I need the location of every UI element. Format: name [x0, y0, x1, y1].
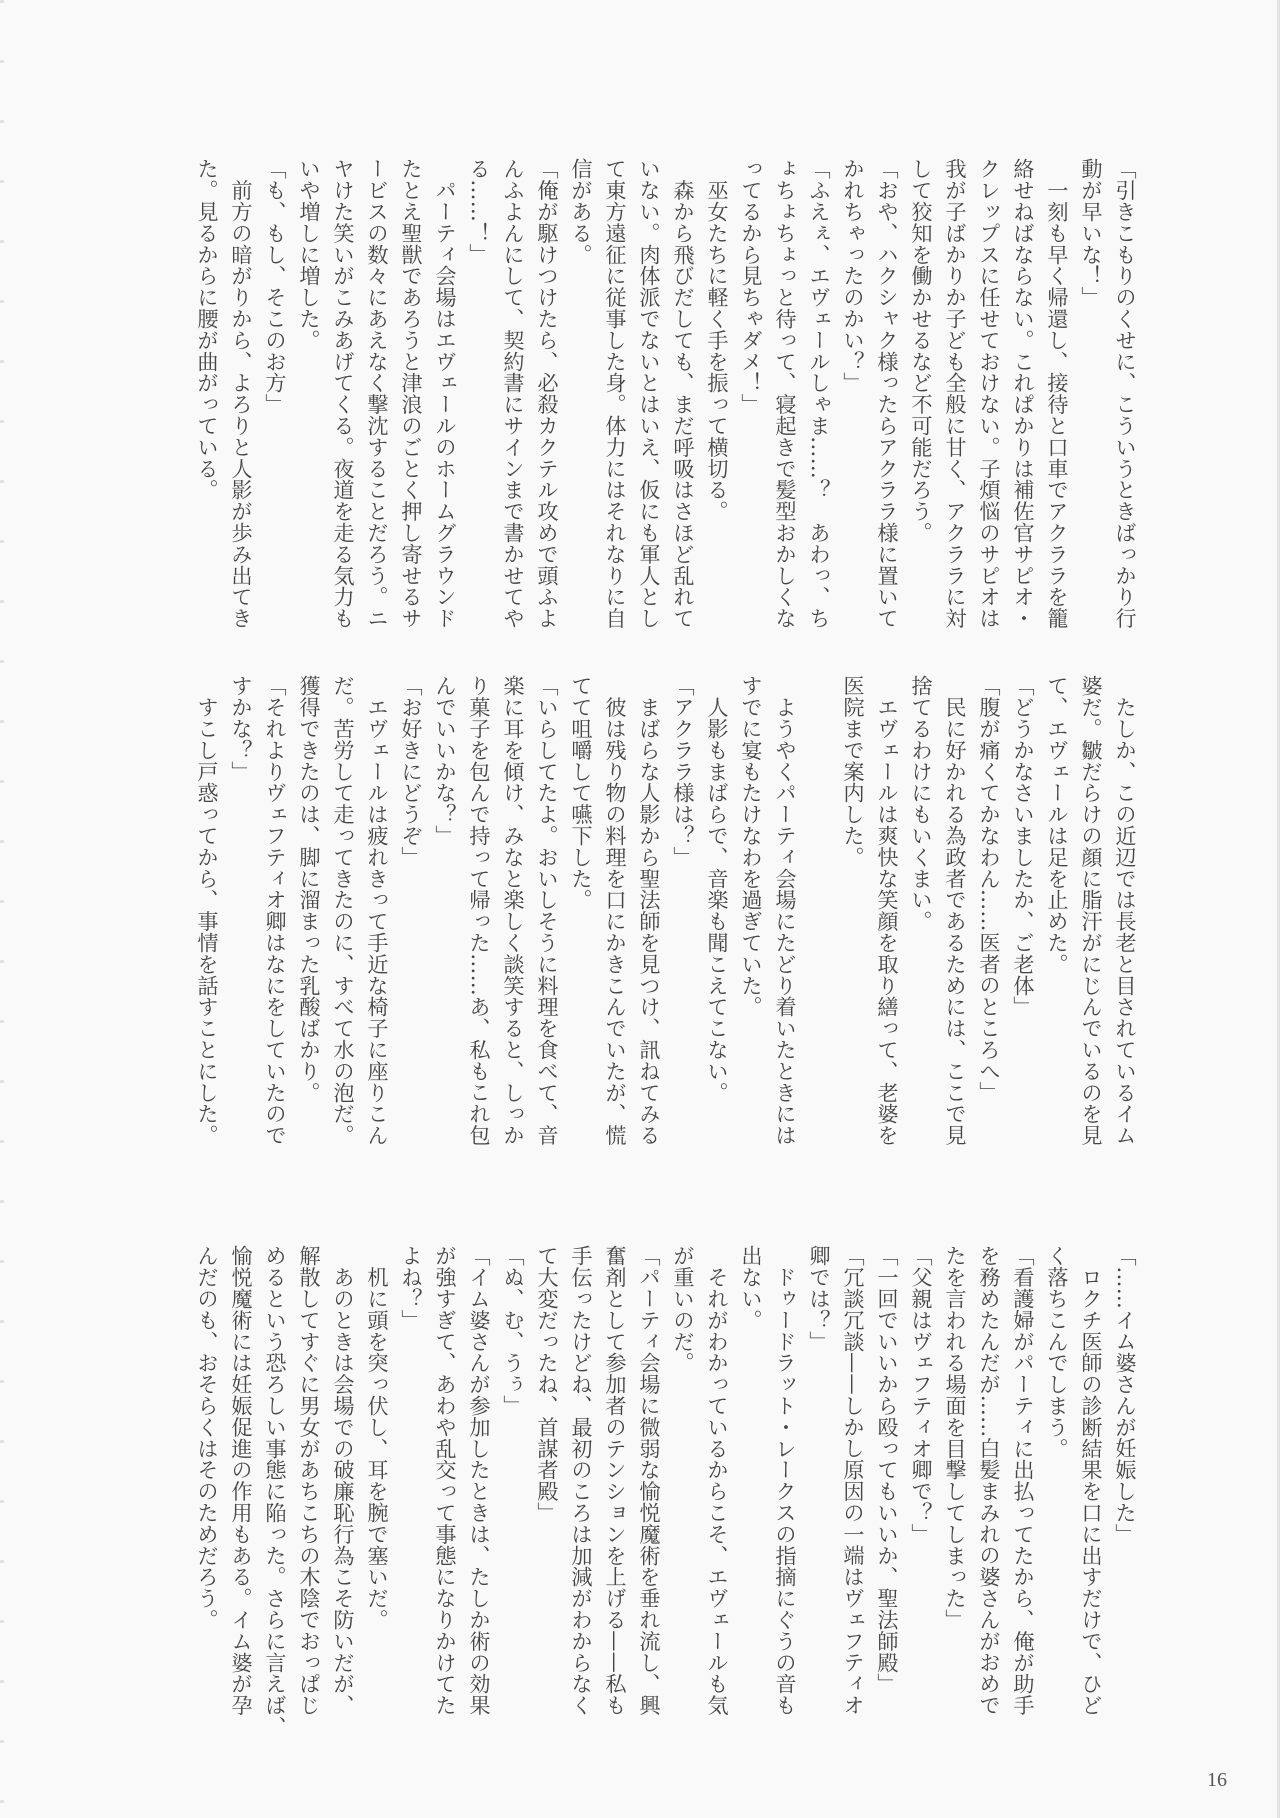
text-column: 「どうかなさいましたか、ご老体」 — [1006, 675, 1040, 1145]
text-column: いや増しに増した。 — [292, 158, 326, 628]
text-column: 出ない。 — [734, 1245, 768, 1765]
text-column: んだのも、おそらくはそのためだろう。 — [192, 1245, 224, 1765]
text-column: たしか、この近辺では長老と目されているイム — [1108, 675, 1142, 1145]
text-column: て、エヴェールは足を止めた。 — [1040, 675, 1074, 1145]
text-column: すこし戸惑ってから、事情を話すことにした。 — [192, 675, 224, 1145]
text-column: だ。苦労して走ってきたのに、すべて水の泡だ。 — [326, 675, 360, 1145]
text-column: 「冗談冗談——しかし原因の一端はヴェフティオ — [836, 1245, 870, 1765]
text-column: ょちょちょっと待って、寝起きで髪型おかしくな — [768, 158, 802, 628]
text-column: 医院まで案内した。 — [836, 675, 870, 1145]
text-column: 奮剤として参加者のテンションを上げる——私も — [598, 1245, 632, 1765]
text-column: 「お好きにどうぞ」 — [394, 675, 428, 1145]
text-column: すかな？」 — [224, 675, 258, 1145]
text-column: エヴェールは疲れきって手近な椅子に座りこん — [360, 675, 394, 1145]
text-column: 机に頭を突っ伏し、耳を腕で塞いだ。 — [360, 1245, 394, 1765]
text-column: 絡せねばならない。これぱかりは補佐官サピオ・ — [1006, 158, 1040, 628]
text-column: て東方遠征に従事した身。体力にはそれなりに自 — [598, 158, 632, 628]
text-column: んでいいかな？」 — [428, 675, 462, 1145]
text-column: 「イム婆さんが参加したときは、たしか術の効果 — [462, 1245, 496, 1765]
page-edge-left — [0, 0, 4, 1818]
text-column: ドゥードラット・レークスの指摘にぐうの音も — [768, 1245, 802, 1765]
text-column: 卿では？」 — [802, 1245, 836, 1765]
text-column: ロクチ医師の診断結果を口に出すだけで、ひど — [1074, 1245, 1108, 1765]
text-column: 我が子ばかりか子ども全般に甘く、アクララに対 — [938, 158, 972, 628]
text-column: めるという恐ろしい事態に陥った。さらに言えば、 — [258, 1245, 292, 1765]
text-column: 「看護婦がパーティに出払ってたから、俺が助手 — [1006, 1245, 1040, 1765]
text-column: た。見るからに腰が曲がっている。 — [192, 158, 224, 628]
text-column: 「引きこもりのくせに、こういうときばっかり行 — [1108, 158, 1142, 628]
text-column: 彼は残り物の料理を口にかきこんでいたが、慌 — [598, 675, 632, 1145]
text-column: 「ふえぇ、エヴェールしゃま……？ あわっ、ち — [802, 158, 836, 628]
text-column: る……！」 — [462, 158, 496, 628]
text-column: り菓子を包んで持って帰った……あ、私もこれ包 — [462, 675, 496, 1145]
text-column: を務めたんだが……白髪まみれの婆さんがおめで — [972, 1245, 1006, 1765]
text-column: かれちゃったのかい？」 — [836, 158, 870, 628]
text-column: 「一回でいいから殴ってもいいか、聖法師殿」 — [870, 1245, 904, 1765]
text-column: すでに宴もたけなわを過ぎていた。 — [734, 675, 768, 1145]
text-column: て大変だったね、首謀者殿」 — [530, 1245, 564, 1765]
text-column: 獲得できたのは、脚に溜まった乳酸ばかり。 — [292, 675, 326, 1145]
text-column: たとえ聖獣であろうと津浪のごとく押し寄せるサ — [394, 158, 428, 628]
text-column: 動が早いな！」 — [1074, 158, 1108, 628]
text-column: 婆だ。皺だらけの顔に脂汗がにじんでいるのを見 — [1074, 675, 1108, 1145]
text-column — [802, 675, 836, 1145]
text-column: が強すぎて、あわや乱交って事態になりかけてた — [428, 1245, 462, 1765]
text-column: 「それよりヴェフティオ卿はなにをしていたので — [258, 675, 292, 1145]
text-column: ヤけた笑いがこみあげてくる。夜道を走る気力も — [326, 158, 360, 628]
text-column: パーティ会場はエヴェールのホームグラウンド。 — [428, 158, 462, 628]
text-tier-top: 「引きこもりのくせに、こういうときばっかり行動が早いな！」 一刻も早く帰還し、接… — [192, 158, 1142, 628]
text-column: てて咀嚼して嚥下した。 — [564, 675, 598, 1145]
text-column: 人影もまばらで、音楽も聞こえてこない。 — [700, 675, 734, 1145]
text-column: く落ちこんでしまう。 — [1040, 1245, 1074, 1765]
page-number: 16 — [1207, 1769, 1227, 1792]
text-column: 「も、もし、そこのお方」 — [258, 158, 292, 628]
text-column: 一刻も早く帰還し、接待と口車でアクララを籠 — [1040, 158, 1074, 628]
text-column: 楽に耳を傾け、みなと楽しく談笑すると、しっか — [496, 675, 530, 1145]
text-column: が重いのだ。 — [666, 1245, 700, 1765]
text-column: ービスの数々にあえなく撃沈することだろう。ニ — [360, 158, 394, 628]
book-page: 「引きこもりのくせに、こういうときばっかり行動が早いな！」 一刻も早く帰還し、接… — [0, 0, 1280, 1818]
text-column: あのときは会場での破廉恥行為こそ防いだが、 — [326, 1245, 360, 1765]
text-column: 「父親はヴェフティオ卿で？」 — [904, 1245, 938, 1765]
text-column: 「いらしてたよ。おいしそうに料理を食べて、音 — [530, 675, 564, 1145]
text-tier-bottom: 「……イム婆さんが妊娠した」 ロクチ医師の診断結果を口に出すだけで、ひどく落ちこ… — [192, 1245, 1142, 1765]
text-column: まばらな人影から聖法師を見つけ、訊ねてみる。 — [632, 675, 666, 1145]
text-column: たを言われる場面を目撃してしまった」 — [938, 1245, 972, 1765]
text-column: して狡知を働かせるなど不可能だろう。 — [904, 158, 938, 628]
text-column: 信がある。 — [564, 158, 598, 628]
text-column: ってるから見ちゃダメ！」 — [734, 158, 768, 628]
text-column: 「アクララ様は？」 — [666, 675, 700, 1145]
text-column: 「おや、ハクシャク様ったらアクララ様に置いて — [870, 158, 904, 628]
text-column: んふよんにして、契約書にサインまで書かせてや — [496, 158, 530, 628]
text-column: 愉悦魔術には妊娠促進の作用もある。イム婆が孕 — [224, 1245, 258, 1765]
text-column: 民に好かれる為政者であるためには、ここで見 — [938, 675, 972, 1145]
text-column: 森から飛びだしても、まだ呼吸はさほど乱れて — [666, 158, 700, 628]
text-column: エヴェールは爽快な笑顔を取り繕って、老婆を — [870, 675, 904, 1145]
text-column: 「……イム婆さんが妊娠した」 — [1108, 1245, 1142, 1765]
text-column: いない。肉体派でないとはいえ、仮にも軍人とし — [632, 158, 666, 628]
text-column: 捨てるわけにもいくまい。 — [904, 675, 938, 1145]
text-column: 「ぬ、む、うぅ」 — [496, 1245, 530, 1765]
text-column: 手伝ったけどね、最初のころは加減がわからなく — [564, 1245, 598, 1765]
text-column: ようやくパーティ会場にたどり着いたときには、 — [768, 675, 802, 1145]
text-column: 前方の暗がりから、よろりと人影が歩み出てき — [224, 158, 258, 628]
text-column: 解散してすぐに男女があちこちの木陰でおっぱじ — [292, 1245, 326, 1765]
text-column: クレップスに任せておけない。子煩悩のサピオは — [972, 158, 1006, 628]
text-column: 「腹が痛くてかなわん……医者のところへ」 — [972, 675, 1006, 1145]
text-column: 巫女たちに軽く手を振って横切る。 — [700, 158, 734, 628]
text-column: よね？」 — [394, 1245, 428, 1765]
text-column: 「パーティ会場に微弱な愉悦魔術を垂れ流し、興 — [632, 1245, 666, 1765]
text-column: 「俺が駆けつけたら、必殺カクテル攻めで頭ふよ — [530, 158, 564, 628]
text-tier-middle: たしか、この近辺では長老と目されているイム婆だ。皺だらけの顔に脂汗がにじんでいる… — [192, 675, 1142, 1145]
text-column: それがわかっているからこそ、エヴェールも気 — [700, 1245, 734, 1765]
